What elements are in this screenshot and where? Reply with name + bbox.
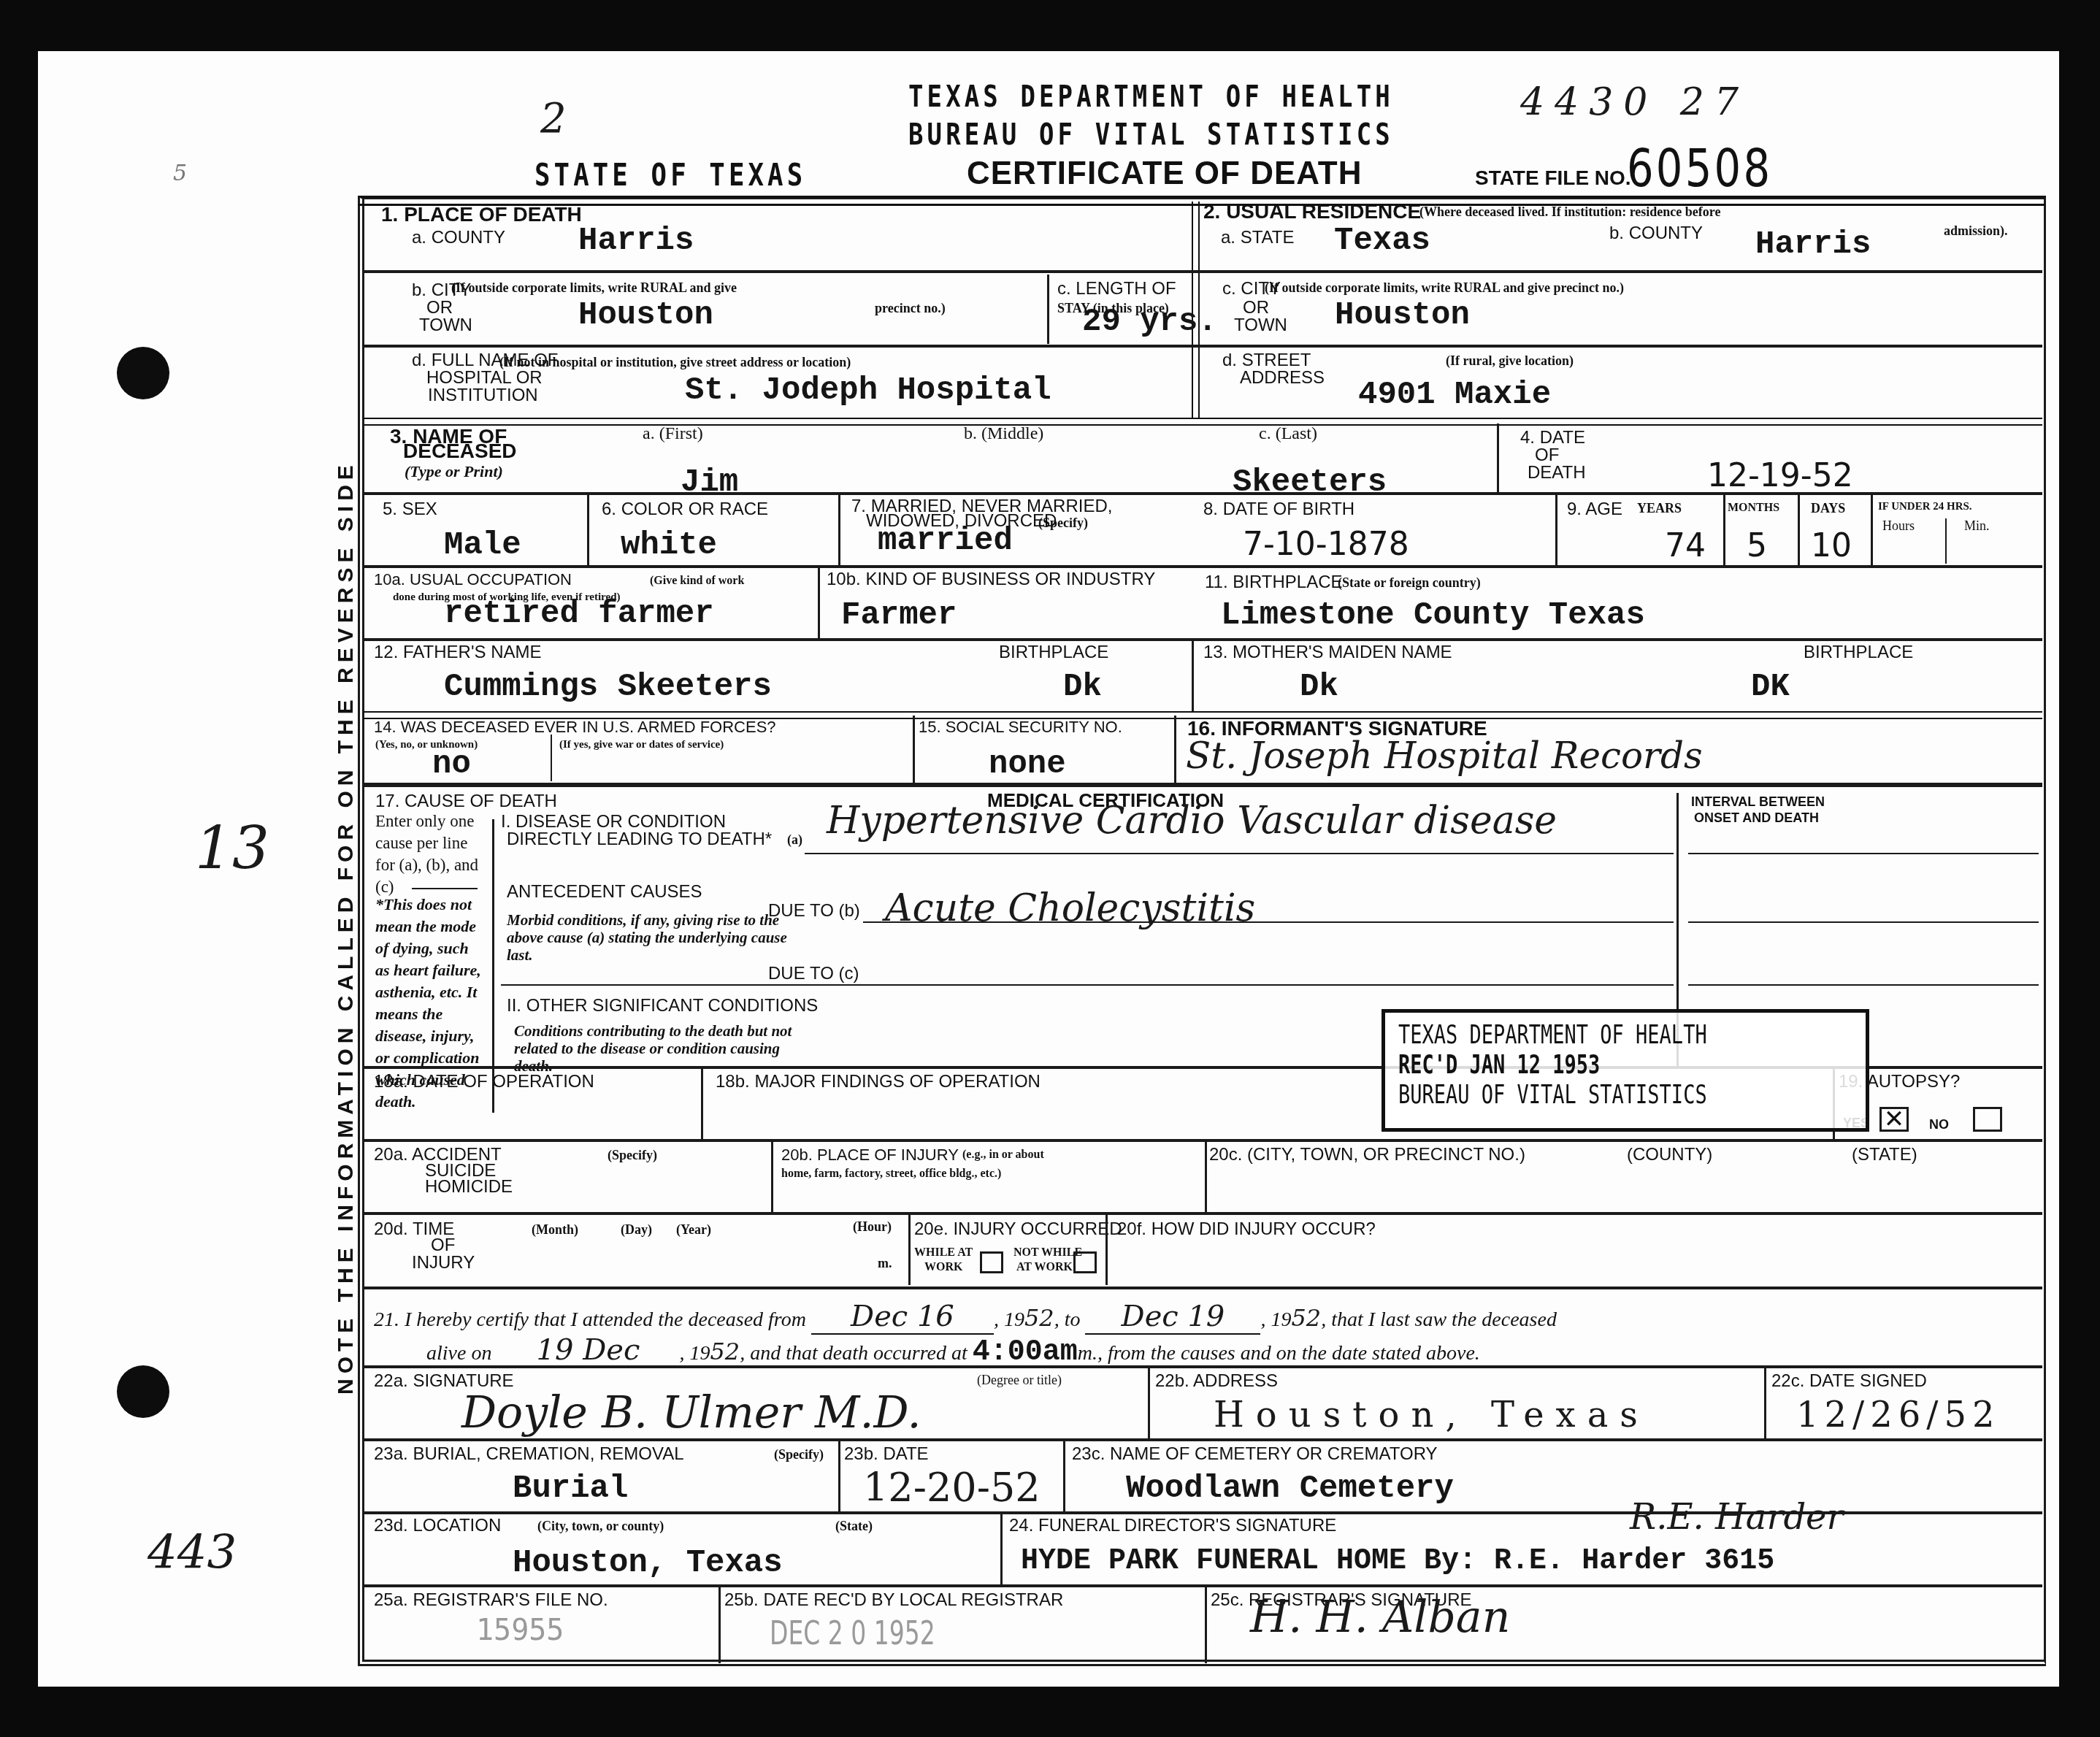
- years-label: YEARS: [1637, 501, 1682, 515]
- race-label: 6. COLOR OR RACE: [602, 501, 768, 518]
- divider: [363, 492, 2042, 495]
- handwritten-page-number: 2: [540, 95, 567, 142]
- hour-label: (Hour): [853, 1219, 892, 1234]
- city-label-town: TOWN: [419, 317, 472, 334]
- funeral-director-value: HYDE PARK FUNERAL HOME By: R.E. Harder 3…: [1021, 1545, 1774, 1578]
- street-label: d. STREET: [1222, 352, 1311, 369]
- residence-city-town: TOWN: [1234, 317, 1287, 334]
- divider: [363, 565, 2042, 568]
- industry-value: Farmer: [841, 597, 957, 634]
- m-label: m.: [878, 1256, 892, 1270]
- stamp-line-1: TEXAS DEPARTMENT OF HEALTH: [1398, 1020, 1739, 1050]
- degree-label: (Degree or title): [977, 1373, 1062, 1387]
- not-while-at-work-label: NOT WHILE: [1013, 1246, 1082, 1260]
- injury-state-label: (STATE): [1852, 1146, 1917, 1164]
- armed-forces-note2: (If yes, give war or dates of service): [559, 737, 724, 752]
- divider: [1192, 641, 1194, 711]
- attended-from-year: 52: [1024, 1304, 1054, 1332]
- place-of-injury-note: (e.g., in or about: [962, 1148, 1044, 1162]
- disposition-label: 23a. BURIAL, CREMATION, REMOVAL: [374, 1446, 684, 1463]
- first-name-label: a. (First): [643, 425, 703, 442]
- last-name-label: c. (Last): [1259, 425, 1317, 442]
- divider: [412, 888, 478, 889]
- divider: [908, 1215, 911, 1285]
- autopsy-no-checkbox[interactable]: [1973, 1107, 2002, 1132]
- certificate-paper: 5 13 443 NOTE THE INFORMATION CALLED FOR…: [38, 51, 2059, 1687]
- mother-birthplace-label: BIRTHPLACE: [1804, 644, 1913, 662]
- divider: [1148, 1368, 1150, 1438]
- interval-label2: ONSET AND DEATH: [1694, 810, 1819, 825]
- divider: [363, 638, 2042, 641]
- occupation-label: 10a. USUAL OCCUPATION: [374, 571, 572, 588]
- usual-residence-label: 2. USUAL RESIDENCE: [1203, 202, 1421, 222]
- length-of-stay-value: 29 yrs.: [1082, 304, 1217, 340]
- date-of-death-label2: OF: [1535, 447, 1559, 464]
- county-label: a. COUNTY: [412, 229, 505, 247]
- mother-value: Dk: [1300, 669, 1338, 705]
- dob-label: 8. DATE OF BIRTH: [1203, 501, 1354, 518]
- mother-label: 13. MOTHER'S MAIDEN NAME: [1203, 644, 1452, 662]
- divider: [363, 1584, 2042, 1587]
- year-label: (Year): [676, 1222, 711, 1237]
- divider: [1000, 1514, 1003, 1584]
- residence-state-value: Texas: [1334, 223, 1430, 259]
- bureau-title: BUREAU OF VITAL STATISTICS: [908, 118, 1394, 152]
- margin-mark: 5: [173, 161, 187, 186]
- dob-value: 7-10-1878: [1243, 526, 1409, 563]
- street-label2: ADDRESS: [1240, 369, 1325, 387]
- occupation-value: retired farmer: [444, 596, 714, 632]
- attended-to-date: Dec 19: [1085, 1300, 1260, 1335]
- divider: [771, 1142, 773, 1212]
- divider: [718, 1587, 721, 1663]
- certification-line-1: 21. I hereby certify that I attended the…: [374, 1300, 1557, 1335]
- age-label: 9. AGE: [1567, 501, 1622, 518]
- divider: [1688, 853, 2039, 854]
- other-conditions-label: II. OTHER SIGNIFICANT CONDITIONS: [507, 997, 818, 1015]
- registrar-file-value: 15955: [476, 1614, 564, 1647]
- place-of-injury-note2: home, farm, factory, street, office bldg…: [781, 1167, 1001, 1181]
- days-label: DAYS: [1811, 501, 1845, 515]
- disposition-specify: (Specify): [774, 1447, 824, 1462]
- city-label-or: OR: [426, 299, 453, 317]
- length-of-stay-label: c. LENGTH OF: [1057, 280, 1176, 298]
- last-seen-alive-year: 52: [710, 1338, 740, 1365]
- due-to-c-label: DUE TO (c): [768, 965, 859, 983]
- cause-line-c-rule: [501, 984, 1674, 986]
- place-of-death-label: 1. PLACE OF DEATH: [381, 204, 582, 225]
- hospital-label2: HOSPITAL OR: [426, 369, 543, 387]
- reverse-side-note: NOTE THE INFORMATION CALLED FOR ON THE R…: [334, 460, 359, 1395]
- mother-birthplace-value: DK: [1751, 669, 1790, 705]
- state-file-number: 60508: [1627, 137, 1772, 199]
- how-injury-label: 20f. HOW DID INJURY OCCUR?: [1117, 1221, 1376, 1238]
- divider: [1764, 1368, 1766, 1438]
- street-note: (If rural, give location): [1446, 353, 1574, 368]
- date-signed-value: 12/26/52: [1796, 1395, 2001, 1435]
- last-name-value: Skeeters: [1233, 464, 1387, 501]
- residence-county-label: b. COUNTY: [1609, 225, 1703, 242]
- cause-line-a-rule: [805, 853, 1674, 854]
- state-file-label: STATE FILE NO.: [1475, 168, 1631, 188]
- while-at-work-label2: WORK: [924, 1260, 962, 1275]
- divider: [1174, 716, 1176, 783]
- injury-occurred-label: 20e. INJURY OCCURRED: [914, 1221, 1122, 1238]
- time-of-death: 4:00am: [973, 1336, 1078, 1369]
- name-label2: DECEASED: [403, 441, 517, 461]
- divider: [363, 418, 2042, 426]
- divider: [1205, 1142, 1207, 1212]
- divider: [1555, 495, 1557, 565]
- sex-value: Male: [444, 527, 521, 564]
- divider: [818, 568, 820, 638]
- divider: [1047, 275, 1049, 344]
- father-value: Cummings Skeeters: [444, 669, 772, 705]
- disease-label2: DIRECTLY LEADING TO DEATH*: [507, 831, 772, 848]
- interval-label: INTERVAL BETWEEN: [1691, 794, 1825, 809]
- state-of-texas: STATE OF TEXAS: [534, 157, 806, 193]
- usual-residence-note2: admission).: [1944, 223, 2008, 238]
- middle-name-label: b. (Middle): [964, 425, 1043, 442]
- date-signed-label: 22c. DATE SIGNED: [1771, 1373, 1927, 1390]
- min-label: Min.: [1964, 518, 1990, 533]
- divider: [363, 270, 2042, 273]
- divider: [838, 1441, 840, 1511]
- armed-forces-label: 14. WAS DECEASED EVER IN U.S. ARMED FORC…: [374, 718, 776, 736]
- line-a-marker: (a): [787, 832, 802, 847]
- divider: [363, 345, 2042, 348]
- divider: [363, 783, 2042, 787]
- certification-line-2: alive on 19 Dec, 1952, and that death oc…: [426, 1333, 1480, 1369]
- hospital-value: St. Jodeph Hospital: [685, 372, 1051, 409]
- divider: [838, 495, 840, 565]
- divider: [913, 716, 915, 783]
- residence-city-or: OR: [1243, 299, 1269, 317]
- due-to-b-label: DUE TO (b): [768, 902, 860, 920]
- ssn-value: none: [989, 746, 1066, 783]
- burial-date-value: 12-20-52: [863, 1465, 1041, 1511]
- date-of-death-label: 4. DATE: [1520, 429, 1585, 447]
- divider: [363, 1365, 2042, 1368]
- divider: [1723, 495, 1725, 565]
- divider: [363, 1438, 2042, 1441]
- physician-address: Houston, Texas: [1214, 1395, 1649, 1435]
- injury-county-label: (COUNTY): [1627, 1146, 1712, 1164]
- registrar-file-label: 25a. REGISTRAR'S FILE NO.: [374, 1592, 608, 1609]
- month-label: (Month): [532, 1222, 578, 1237]
- age-days-value: 10: [1811, 527, 1852, 564]
- divider: [1063, 1441, 1065, 1511]
- city-note2: precinct no.): [875, 301, 946, 315]
- usual-residence-note: (Where deceased lived. If institution: r…: [1419, 204, 1720, 219]
- months-label: MONTHS: [1728, 501, 1779, 515]
- industry-label: 10b. KIND OF BUSINESS OR INDUSTRY: [827, 571, 1155, 588]
- residence-city-value: Houston: [1335, 297, 1470, 334]
- divider: [1688, 984, 2039, 986]
- while-at-work-label: WHILE AT: [914, 1246, 973, 1260]
- local-registrar-date-label: 25b. DATE REC'D BY LOCAL REGISTRAR: [724, 1592, 1063, 1609]
- date-of-death-label3: DEATH: [1528, 464, 1586, 482]
- address-label: 22b. ADDRESS: [1155, 1373, 1278, 1390]
- disposition-value: Burial: [513, 1470, 628, 1507]
- divider: [1688, 921, 2039, 923]
- location-note: (City, town, or county): [537, 1519, 664, 1533]
- local-registrar-date-value: DEC 2 0 1952: [770, 1615, 935, 1652]
- attended-from-date: Dec 16: [811, 1300, 994, 1335]
- father-birthplace-label: BIRTHPLACE: [999, 644, 1108, 662]
- not-while-at-work-label2: AT WORK: [1016, 1260, 1073, 1275]
- department-title: TEXAS DEPARTMENT OF HEALTH: [908, 80, 1394, 114]
- marital-specify: (Specify): [1038, 515, 1088, 530]
- divider: [363, 1287, 2042, 1289]
- margin-number-443: 443: [147, 1526, 237, 1580]
- informant-signature: St. Joseph Hospital Records: [1186, 735, 1703, 777]
- hospital-note: (If not in hospital or institution, give…: [499, 355, 851, 369]
- stamp-line-3: BUREAU OF VITAL STATISTICS: [1398, 1080, 1739, 1110]
- divider: [1105, 1215, 1108, 1285]
- operation-findings-label: 18b. MAJOR FINDINGS OF OPERATION: [716, 1073, 1041, 1091]
- accident-label3: HOMICIDE: [425, 1178, 513, 1196]
- disease-label: I. DISEASE OR CONDITION: [501, 813, 726, 831]
- age-years-value: 74: [1665, 527, 1706, 564]
- birthplace-value: Limestone County Texas: [1221, 597, 1645, 634]
- divider: [1205, 1587, 1207, 1663]
- race-value: white: [621, 527, 717, 564]
- birthplace-note: (State or foreign country): [1338, 575, 1481, 590]
- place-city-value: Houston: [578, 297, 713, 334]
- cause-line-b-rule: [863, 921, 1674, 923]
- occupation-note: (Give kind of work: [650, 574, 744, 588]
- divider: [358, 196, 2046, 206]
- binder-hole: [117, 347, 169, 399]
- place-county-value: Harris: [578, 223, 694, 259]
- armed-forces-value: no: [432, 746, 471, 783]
- cause-instruction: Enter only one cause per line for (a), (…: [375, 810, 485, 898]
- not-while-at-work-checkbox[interactable]: [1073, 1251, 1097, 1273]
- injury-city-label: 20c. (CITY, TOWN, OR PRECINCT NO.): [1209, 1146, 1525, 1164]
- handwritten-reference-number: 4430 27: [1520, 80, 1749, 124]
- divider: [1871, 495, 1873, 565]
- residence-county-value: Harris: [1755, 226, 1871, 263]
- stamp-line-2: REC'D JAN 12 1953: [1398, 1050, 1739, 1080]
- divider: [587, 495, 589, 565]
- first-name-value: Jim: [681, 464, 738, 501]
- time-of-injury-label3: INJURY: [412, 1254, 475, 1272]
- location-state-label: (State): [835, 1519, 873, 1533]
- accident-specify: (Specify): [608, 1148, 657, 1162]
- certification-text-1: 21. I hereby certify that I attended the…: [374, 1308, 806, 1331]
- birthplace-label: 11. BIRTHPLACE: [1205, 574, 1343, 591]
- date-of-death-value: 12-19-52: [1707, 457, 1853, 494]
- street-value: 4901 Maxie: [1358, 377, 1551, 413]
- divider: [363, 1212, 2042, 1215]
- divider: [1497, 423, 1499, 494]
- hours-label: Hours: [1882, 518, 1915, 533]
- certificate-title: CERTIFICATE OF DEATH: [967, 156, 1362, 192]
- attended-to-year: 52: [1291, 1304, 1321, 1332]
- ssn-label: 15. SOCIAL SECURITY NO.: [919, 718, 1122, 736]
- cause-line-b: Acute Cholecystitis: [885, 886, 1255, 930]
- funeral-director-signature: R.E. Harder: [1630, 1497, 1843, 1538]
- antecedent-note: Morbid conditions, if any, giving rise t…: [507, 911, 792, 964]
- divider: [1945, 518, 1947, 564]
- time-of-injury-label2: OF: [431, 1237, 455, 1254]
- day-label: (Day): [621, 1222, 652, 1237]
- binder-hole: [117, 1365, 169, 1418]
- physician-signature: Doyle B. Ulmer M.D.: [461, 1387, 921, 1438]
- cemetery-value: Woodlawn Cemetery: [1126, 1470, 1454, 1507]
- divider: [363, 1139, 2042, 1142]
- margin-number-13: 13: [195, 814, 269, 882]
- cause-of-death-label: 17. CAUSE OF DEATH: [375, 793, 557, 810]
- name-label3: (Type or Print): [405, 464, 503, 479]
- marital-value: married: [878, 523, 1013, 559]
- residence-city-note: (If outside corporate limits, write RURA…: [1265, 280, 1624, 295]
- place-of-injury-label: 20b. PLACE OF INJURY: [781, 1146, 959, 1164]
- last-seen-alive-date: 19 Dec: [497, 1333, 679, 1368]
- under-24-label: IF UNDER 24 HRS.: [1878, 499, 1972, 514]
- divider: [551, 735, 552, 781]
- city-note: (If outside corporate limits, write RURA…: [451, 280, 737, 295]
- cause-line-a: Hypertensive Cardio Vascular disease: [827, 799, 1557, 843]
- location-value: Houston, Texas: [513, 1545, 783, 1581]
- location-label: 23d. LOCATION: [374, 1517, 501, 1535]
- received-stamp: TEXAS DEPARTMENT OF HEALTH REC'D JAN 12 …: [1382, 1009, 1869, 1132]
- divider: [701, 1069, 703, 1139]
- age-months-value: 5: [1747, 527, 1767, 564]
- funeral-director-label: 24. FUNERAL DIRECTOR'S SIGNATURE: [1009, 1517, 1336, 1535]
- while-at-work-checkbox[interactable]: [980, 1251, 1003, 1273]
- autopsy-no-label: NO: [1929, 1117, 1949, 1132]
- cemetery-label: 23c. NAME OF CEMETERY OR CREMATORY: [1072, 1446, 1438, 1463]
- antecedent-label: ANTECEDENT CAUSES: [507, 883, 702, 901]
- divider: [1798, 495, 1800, 565]
- residence-state-label: a. STATE: [1221, 229, 1294, 247]
- autopsy-yes-checkbox[interactable]: ✕: [1879, 1107, 1909, 1132]
- registrar-signature: H. H. Alban: [1250, 1592, 1510, 1643]
- hospital-label3: INSTITUTION: [428, 387, 538, 404]
- operation-date-label: 18a. DATE OF OPERATION: [374, 1073, 594, 1091]
- father-label: 12. FATHER'S NAME: [374, 644, 542, 662]
- sex-label: 5. SEX: [383, 501, 437, 518]
- burial-date-label: 23b. DATE: [844, 1446, 929, 1463]
- father-birthplace-value: Dk: [1063, 669, 1102, 705]
